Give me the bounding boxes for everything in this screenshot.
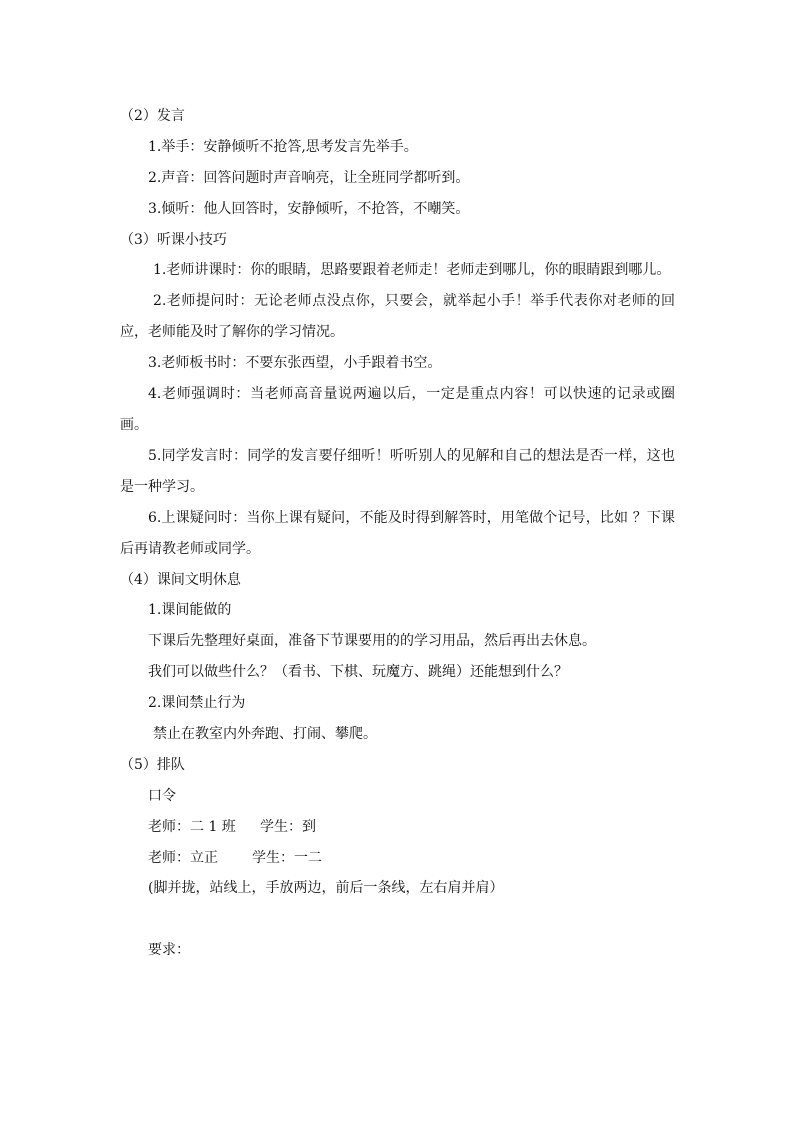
paragraph: 我们可以做些什么？（看书、下棋、玩魔方、跳绳）还能想到什么？ [120,657,675,688]
section-heading-speaking: （2）发言 [120,101,675,132]
section-heading-listening-tips: （3）听课小技巧 [120,225,675,256]
list-item: 3.倾听：他人回答时，安静倾听，不抢答，不嘲笑。 [120,194,675,225]
document-page: （2）发言 1.举手：安静倾听不抢答,思考发言先举手。 2.声音：回答问题时声音… [120,101,675,966]
subsection-title-forbidden: 2.课间禁止行为 [120,688,675,719]
section-heading-lining-up: （5）排队 [120,750,675,781]
command-row: 老师：二 1 班学生：到 [120,812,675,843]
subsection-title-allowed: 1.课间能做的 [120,595,675,626]
teacher-command: 老师：二 1 班 [148,812,260,843]
paragraph: 下课后先整理好桌面，准备下节课要用的的学习用品，然后再出去休息。 [120,626,675,657]
command-row: 老师：立正学生：一二 [120,843,675,874]
paragraph: 禁止在教室内外奔跑、打闹、攀爬。 [120,719,675,750]
list-item: 2.声音：回答问题时声音响亮，让全班同学都听到。 [120,163,675,194]
commands-label: 口令 [120,781,675,812]
list-item: 1.老师讲课时：你的眼睛，思路要跟着老师走！老师走到哪儿，你的眼睛跟到哪儿。 [120,255,675,286]
blank-line [120,904,675,935]
list-item: 5.同学发言时：同学的发言要仔细听！听听别人的见解和自己的想法是否一样，这也是一… [120,441,675,503]
list-item: 2.老师提问时：无论老师点没点你，只要会，就举起小手！举手代表你对老师的回应，老… [120,286,675,348]
posture-note: (脚并拢，站线上，手放两边，前后一条线，左右肩并肩） [120,873,675,904]
student-response: 学生：到 [260,819,316,835]
list-item: 4.老师强调时：当老师高音量说两遍以后，一定是重点内容！可以快速的记录或圈画。 [120,379,675,441]
list-item: 1.举手：安静倾听不抢答,思考发言先举手。 [120,132,675,163]
requirement-label: 要求： [120,935,675,966]
list-item: 3.老师板书时：不要东张西望，小手跟着书空。 [120,348,675,379]
section-heading-break-time: （4）课间文明休息 [120,565,675,596]
list-item: 6.上课疑问时：当你上课有疑问，不能及时得到解答时，用笔做个记号，比如 ？下课后… [120,503,675,565]
teacher-command: 老师：立正 [148,843,252,874]
student-response: 学生：一二 [252,850,322,866]
